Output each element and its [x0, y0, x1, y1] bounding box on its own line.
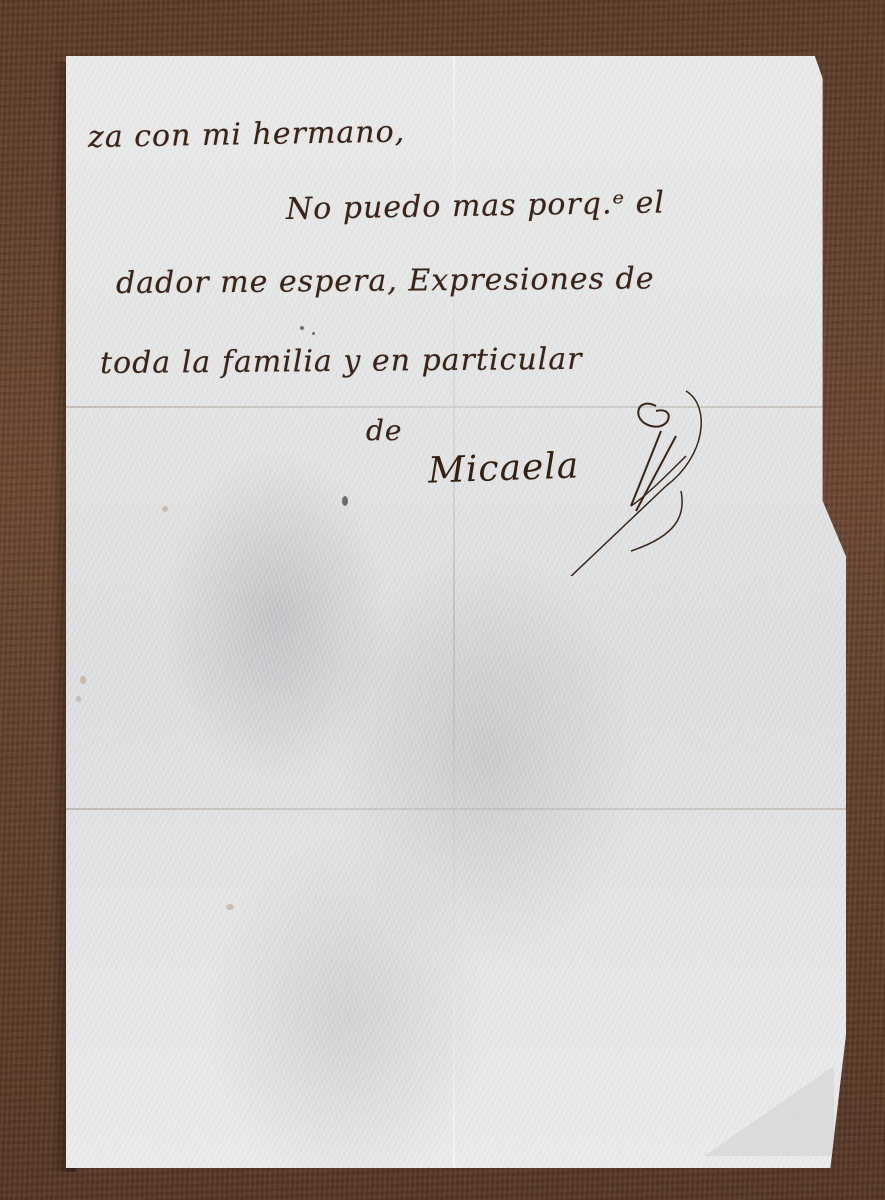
ink-blot [342, 496, 348, 506]
letter-line-5: de [366, 414, 403, 447]
letter-line-3: dador me espera, Expresiones de [116, 261, 655, 301]
ink-blot [312, 332, 315, 335]
rubric-flourish-icon [536, 376, 736, 576]
fold-line-lower [66, 808, 846, 810]
folded-corner [704, 1066, 834, 1156]
foxing-stain [162, 506, 168, 512]
foxing-stain [80, 676, 86, 684]
letter-line-1: za con mi hermano, [88, 114, 406, 155]
foxing-stain [76, 696, 81, 702]
letter-line-2: No puedo mas porq.ᵉ el [286, 185, 666, 227]
letter-page: za con mi hermano, No puedo mas porq.ᵉ e… [66, 56, 846, 1168]
letter-line-4: toda la familia y en particular [100, 342, 583, 381]
foxing-stain [226, 904, 234, 910]
ink-blot [300, 326, 304, 330]
